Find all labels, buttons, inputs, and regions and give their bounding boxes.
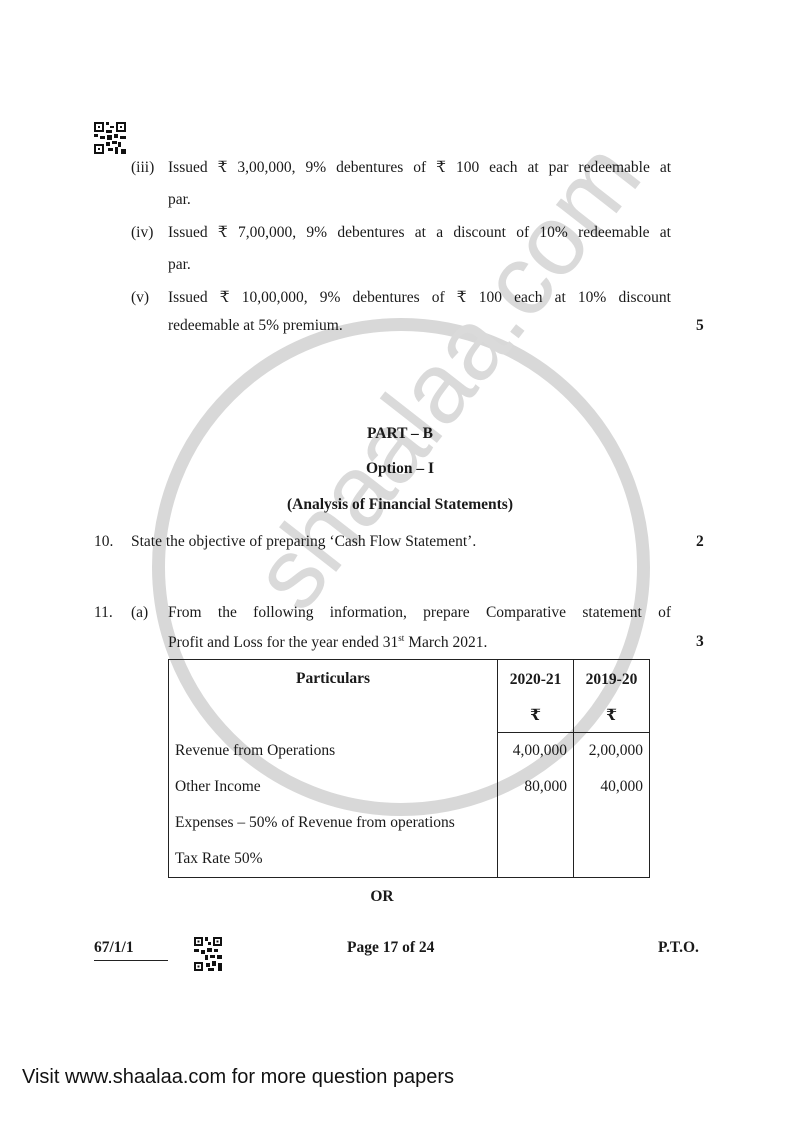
part-title: PART – B: [0, 426, 800, 442]
header-2019-20: 2019-20: [574, 660, 650, 699]
pto-label: P.T.O.: [658, 940, 699, 956]
item-text: Issued ₹ 7,00,000, 9% debentures at a di…: [168, 225, 671, 241]
item-text: Issued ₹ 10,00,000, 9% debentures of ₹ 1…: [168, 290, 671, 306]
site-footer-link[interactable]: Visit www.shaalaa.com for more question …: [22, 1066, 454, 1089]
header-2020-21: 2020-21: [498, 660, 574, 699]
marks: 5: [696, 318, 704, 334]
section-subtitle: (Analysis of Financial Statements): [0, 497, 800, 513]
item-text-cont: par.: [168, 257, 191, 273]
item-text-cont: redeemable at 5% premium.: [168, 318, 343, 334]
currency-symbol: ₹: [498, 698, 574, 733]
or-separator: OR: [0, 889, 764, 905]
question-text: State the objective of preparing ‘Cash F…: [131, 534, 476, 550]
comparative-data-table: Particulars 2020-21 2019-20 ₹ ₹ Revenue …: [168, 659, 650, 878]
table-row: Other Income 80,000 40,000: [169, 769, 650, 805]
question-number: 11.: [94, 605, 113, 621]
table-row: Expenses – 50% of Revenue from operation…: [169, 805, 650, 841]
qr-code-icon: [194, 937, 222, 971]
table-row: Revenue from Operations 4,00,000 2,00,00…: [169, 733, 650, 770]
header-particulars: Particulars: [169, 660, 498, 733]
item-number: (iii): [131, 160, 154, 176]
watermark-text: shaalaa.com: [230, 122, 663, 631]
question-text-cont: Profit and Loss for the year ended 31st …: [168, 634, 487, 651]
question-text: From the following information, prepare …: [168, 605, 671, 621]
item-text-cont: par.: [168, 192, 191, 208]
item-number: (v): [131, 290, 149, 306]
qr-code-icon: [94, 122, 126, 154]
table-row: Tax Rate 50%: [169, 841, 650, 878]
option-title: Option – I: [0, 461, 800, 477]
question-number: 10.: [94, 534, 113, 550]
currency-symbol: ₹: [574, 698, 650, 733]
item-text: Issued ₹ 3,00,000, 9% debentures of ₹ 10…: [168, 160, 671, 176]
marks: 3: [696, 634, 704, 650]
sub-question-label: (a): [131, 605, 148, 621]
paper-code: 67/1/1: [94, 940, 168, 961]
page-number: Page 17 of 24: [347, 940, 434, 956]
item-number: (iv): [131, 225, 153, 241]
marks: 2: [696, 534, 704, 550]
